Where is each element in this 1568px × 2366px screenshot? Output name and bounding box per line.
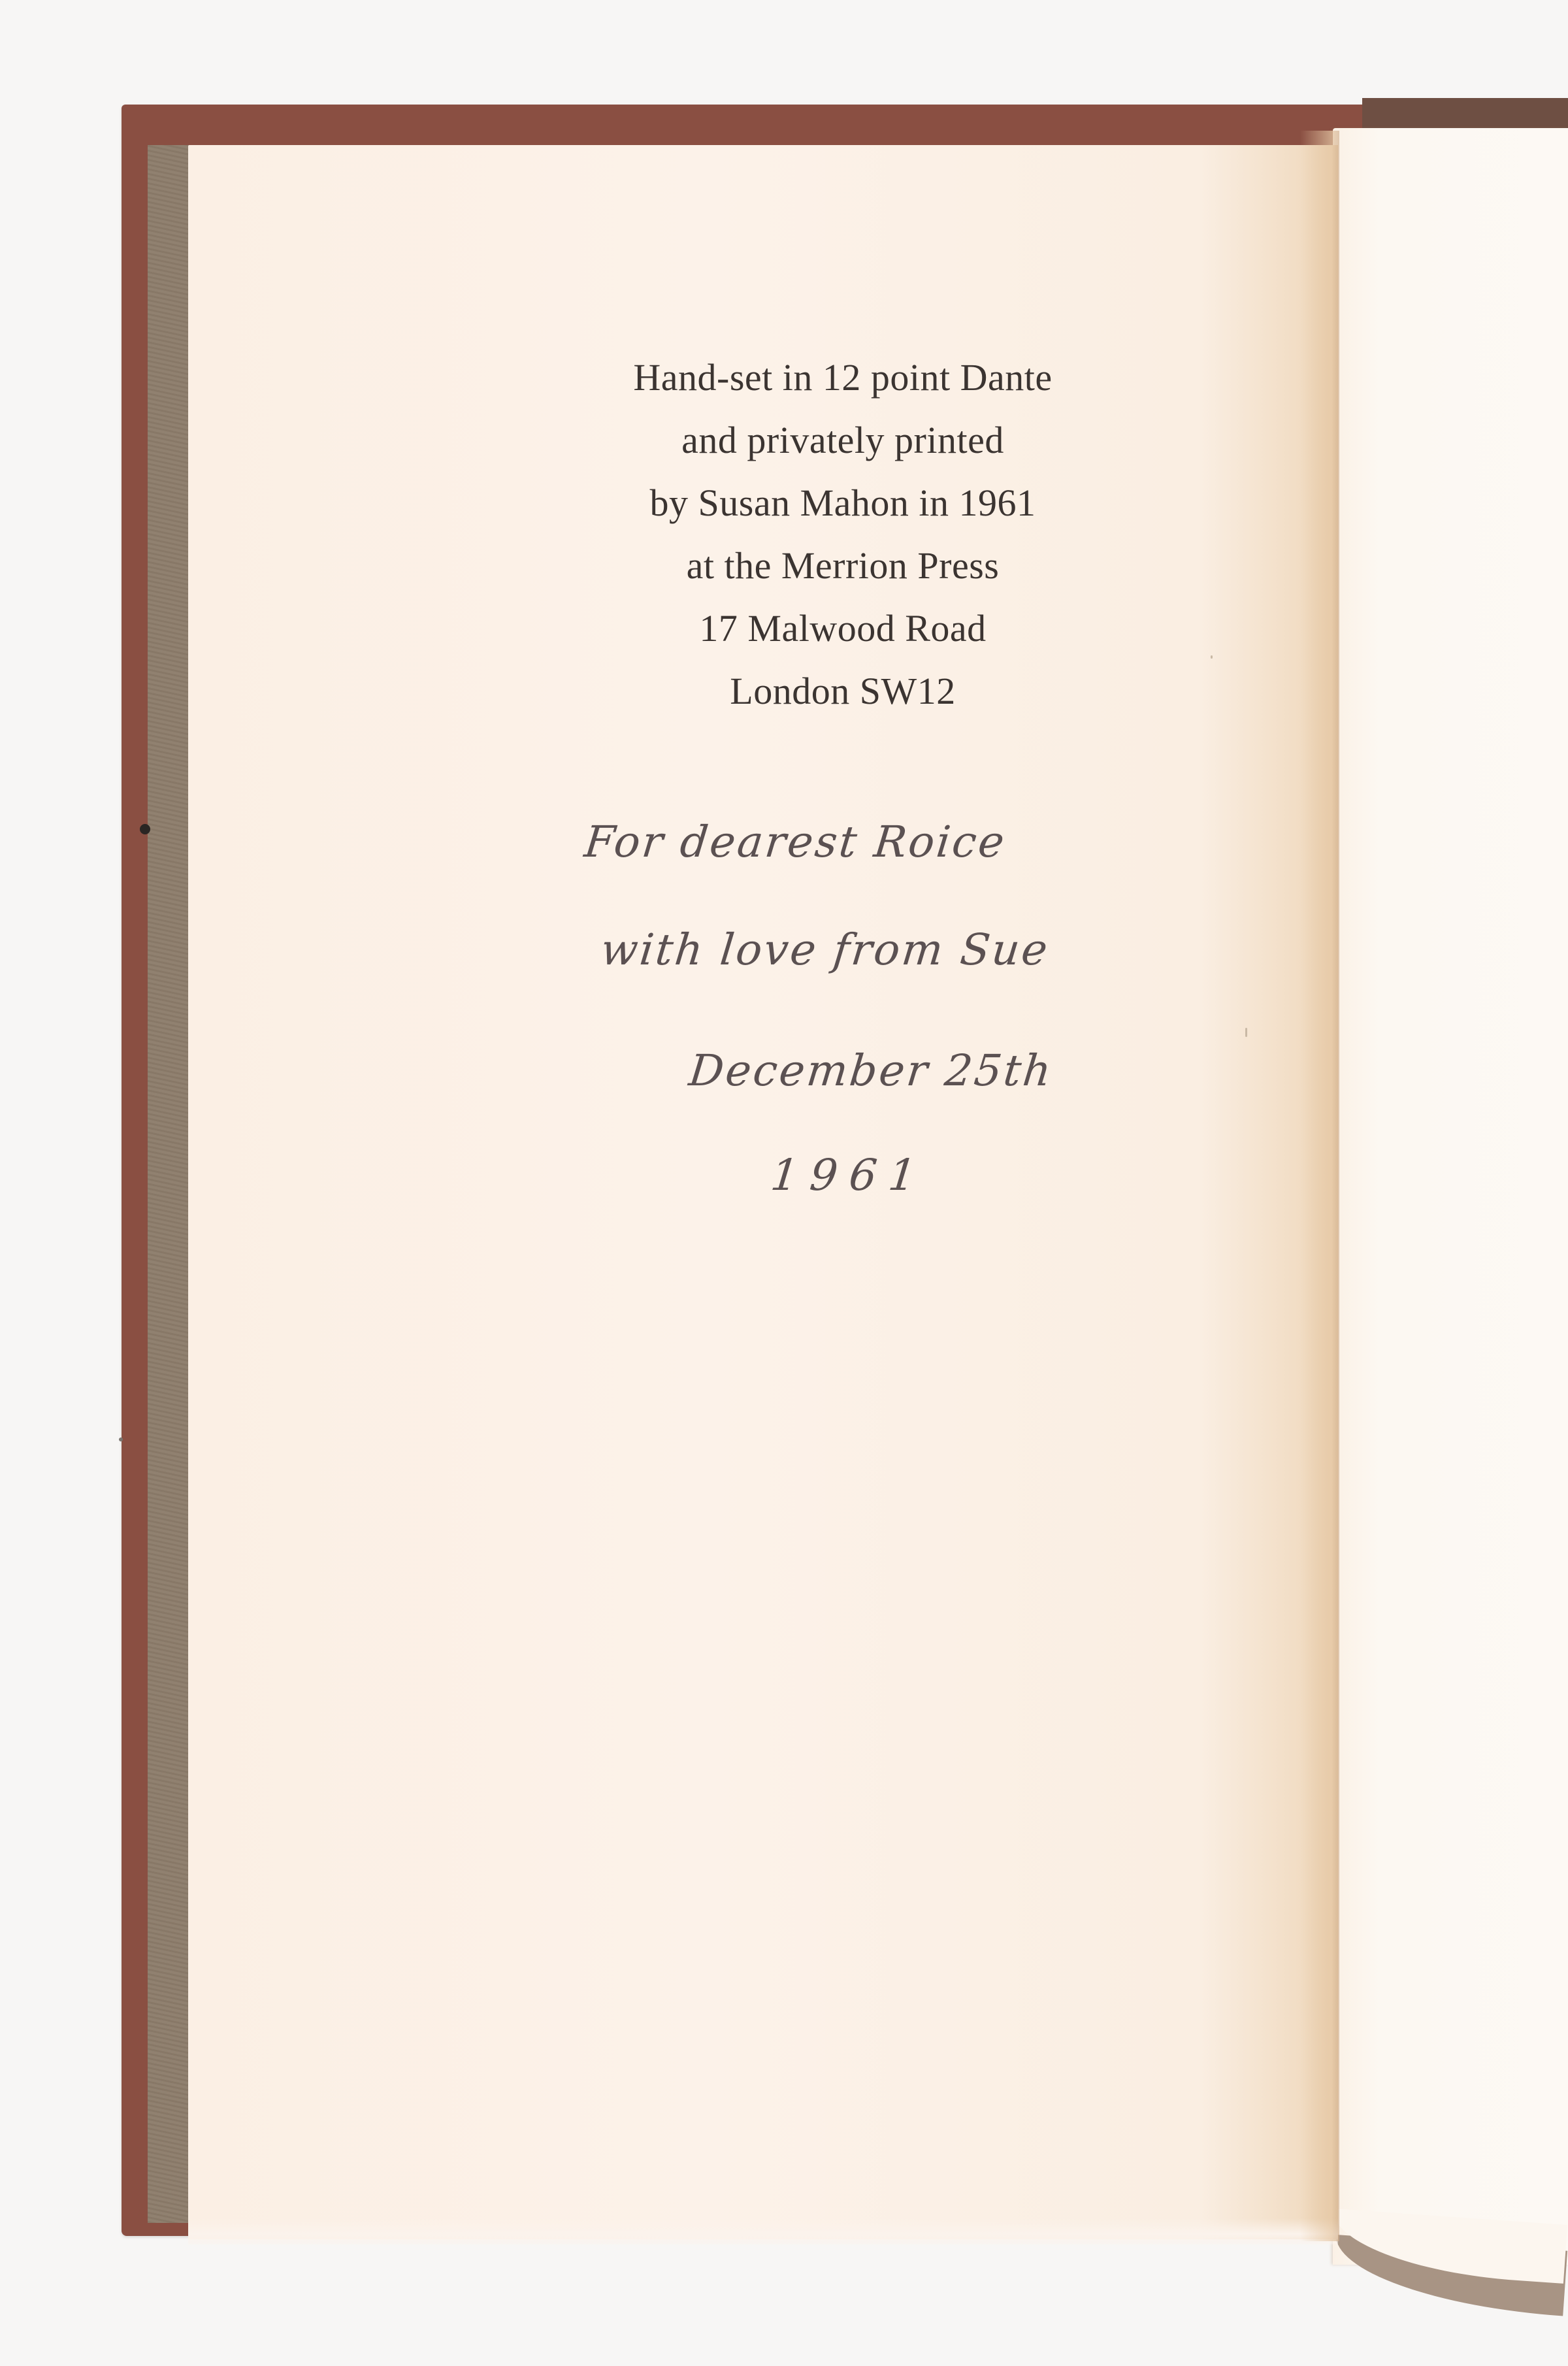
paper-speck: [1211, 655, 1213, 659]
surface-speck: [119, 1438, 123, 1441]
cover-ink-spot: [140, 824, 150, 834]
colophon-line: by Susan Mahon in 1961: [497, 472, 1189, 534]
colophon-line: London SW12: [497, 660, 1189, 723]
paper-speck: [1245, 1028, 1247, 1037]
colophon-line: Hand-set in 12 point Dante: [497, 346, 1189, 409]
colophon-line: at the Merrion Press: [497, 534, 1189, 597]
book-front-cover-edge: [1362, 98, 1568, 129]
handwritten-inscription-date: December 25th: [687, 1045, 1056, 1096]
handwritten-inscription-line: with love from Sue: [598, 925, 1052, 975]
colophon-line: 17 Malwood Road: [497, 597, 1189, 660]
gutter-shadow: [1300, 131, 1339, 2241]
colophon-text: Hand-set in 12 point Dante and privately…: [497, 346, 1189, 723]
handwritten-inscription-line: For dearest Roice: [582, 817, 1009, 867]
facing-page: [1333, 128, 1568, 2265]
handwritten-inscription-year: 1961: [768, 1150, 930, 1200]
colophon-line: and privately printed: [497, 409, 1189, 472]
